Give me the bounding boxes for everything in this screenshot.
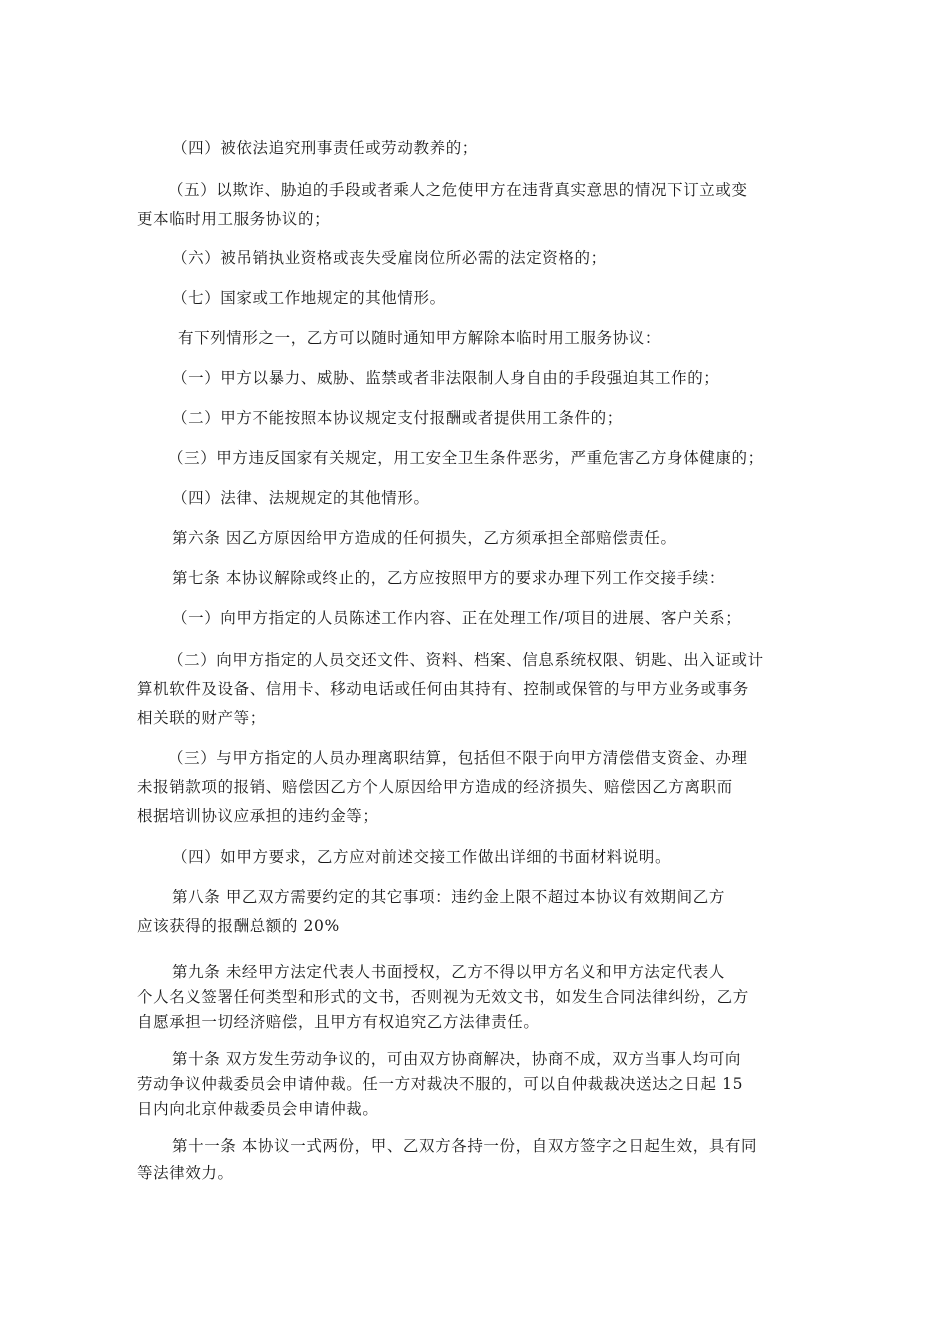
clause-line: 更本临时用工服务协议的； bbox=[137, 207, 817, 231]
clause-line: （五）以欺诈、胁迫的手段或者乘人之危使甲方在违背真实意思的情况下订立或变 bbox=[168, 178, 848, 202]
clause-line: 自愿承担一切经济赔偿，且甲方有权追究乙方法律责任。 bbox=[137, 1010, 817, 1034]
article-9: 第九条 未经甲方法定代表人书面授权，乙方不得以甲方名义和甲方法定代表人 bbox=[172, 960, 852, 984]
clause-line: 未报销款项的报销、赔偿因乙方个人原因给甲方造成的经济损失、赔偿因乙方离职而 bbox=[137, 775, 817, 799]
article-6: 第六条 因乙方原因给甲方造成的任何损失，乙方须承担全部赔偿责任。 bbox=[172, 526, 852, 550]
clause-line: （二）向甲方指定的人员交还文件、资料、档案、信息系统权限、钥匙、出入证或计 bbox=[168, 648, 848, 672]
clause-line: （一）甲方以暴力、威胁、监禁或者非法限制人身自由的手段强迫其工作的； bbox=[172, 366, 852, 390]
clause-line: 算机软件及设备、信用卡、移动电话或任何由其持有、控制或保管的与甲方业务或事务 bbox=[137, 677, 817, 701]
clause-line: （七）国家或工作地规定的其他情形。 bbox=[172, 286, 852, 310]
clause-line: 相关联的财产等； bbox=[137, 706, 817, 730]
article-8: 第八条 甲乙双方需要约定的其它事项：违约金上限不超过本协议有效期间乙方 bbox=[172, 885, 852, 909]
article-11: 第十一条 本协议一式两份，甲、乙双方各持一份，自双方签字之日起生效，具有同 bbox=[172, 1134, 852, 1158]
clause-line: 个人名义签署任何类型和形式的文书，否则视为无效文书，如发生合同法律纠纷，乙方 bbox=[137, 985, 817, 1009]
document-page: （四）被依法追究刑事责任或劳动教养的； （五）以欺诈、胁迫的手段或者乘人之危使甲… bbox=[0, 0, 950, 1344]
article-10: 第十条 双方发生劳动争议的，可由双方协商解决，协商不成，双方当事人均可向 bbox=[172, 1047, 852, 1071]
clause-line: （六）被吊销执业资格或丧失受雇岗位所必需的法定资格的； bbox=[172, 246, 852, 270]
clause-line: （四）法律、法规规定的其他情形。 bbox=[172, 486, 852, 510]
clause-line: 有下列情形之一，乙方可以随时通知甲方解除本临时用工服务协议： bbox=[178, 326, 858, 350]
clause-line: 等法律效力。 bbox=[137, 1161, 817, 1185]
clause-line: （三）与甲方指定的人员办理离职结算，包括但不限于向甲方清偿借支资金、办理 bbox=[168, 746, 848, 770]
clause-line: 劳动争议仲裁委员会申请仲裁。任一方对裁决不服的，可以自仲裁裁决送达之日起 15 bbox=[137, 1072, 817, 1096]
clause-line: （三）甲方违反国家有关规定，用工安全卫生条件恶劣，严重危害乙方身体健康的； bbox=[168, 446, 848, 470]
article-7: 第七条 本协议解除或终止的，乙方应按照甲方的要求办理下列工作交接手续： bbox=[172, 566, 852, 590]
clause-line: （四）被依法追究刑事责任或劳动教养的； bbox=[172, 136, 852, 160]
clause-line: 应该获得的报酬总额的 20% bbox=[137, 914, 817, 938]
clause-line: （二）甲方不能按照本协议规定支付报酬或者提供用工条件的； bbox=[172, 406, 852, 430]
clause-line: 根据培训协议应承担的违约金等； bbox=[137, 804, 817, 828]
clause-line: （一）向甲方指定的人员陈述工作内容、正在处理工作/项目的进展、客户关系； bbox=[172, 606, 852, 630]
clause-line: 日内向北京仲裁委员会申请仲裁。 bbox=[137, 1097, 817, 1121]
clause-line: （四）如甲方要求，乙方应对前述交接工作做出详细的书面材料说明。 bbox=[172, 845, 852, 869]
